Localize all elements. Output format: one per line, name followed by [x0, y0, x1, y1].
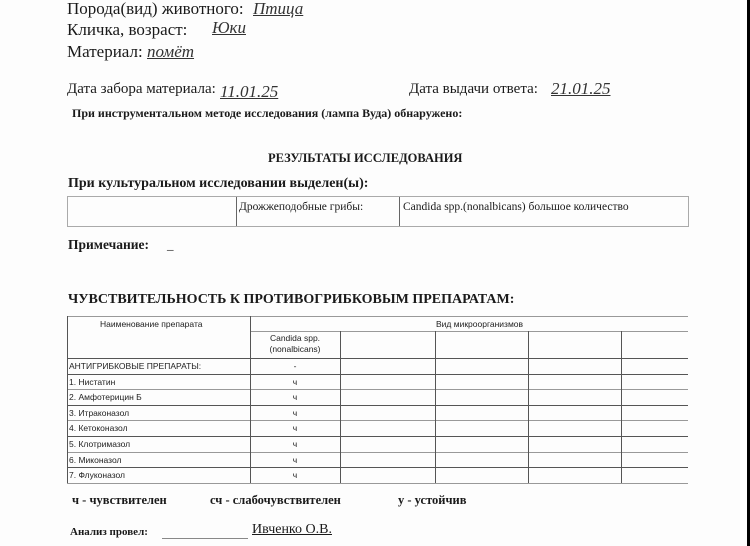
table-rule — [67, 358, 688, 359]
sensitivity-value: ч — [250, 470, 340, 480]
sensitivity-value: ч — [250, 455, 340, 465]
analyst-value: Ивченко О.В. — [252, 522, 332, 538]
culture-label: При культуральном исследовании выделен(ы… — [68, 176, 368, 192]
note-value: _ — [167, 237, 174, 253]
drug-name: 4. Кетоконазол — [69, 423, 128, 433]
sensitivity-value: ч — [250, 423, 340, 433]
material-value: помёт — [147, 42, 194, 62]
culture-cell-type: Дрожжеподобные грибы: — [239, 201, 363, 213]
col-species-header: Вид микроорганизмов — [436, 319, 523, 329]
culture-results-table: Дрожжеподобные грибы: Candida spp.(nonal… — [67, 196, 689, 227]
culture-cell-result: Candida spp.(nonalbicans) большое количе… — [403, 201, 629, 213]
result-date-label: Дата выдачи ответа: — [409, 81, 538, 98]
table-rule — [67, 316, 68, 483]
species-value: Птица — [253, 0, 303, 19]
table-rule — [67, 452, 688, 453]
sensitivity-value: ч — [250, 408, 340, 418]
legend-weakly-sensitive: сч - слабочувствителен — [210, 493, 341, 508]
drug-name: 3. Итраконазол — [69, 408, 129, 418]
table-rule — [67, 405, 688, 406]
table-rule — [67, 389, 688, 390]
table-rule — [435, 331, 436, 483]
sensitivity-title: ЧУВСТВИТЕЛЬНОСТЬ К ПРОТИВОГРИБКОВЫМ ПРЕП… — [68, 292, 514, 308]
sensitivity-value: ч — [250, 439, 340, 449]
sample-date-value: 11.01.25 — [220, 82, 278, 102]
results-title: РЕЗУЛЬТАТЫ ИССЛЕДОВАНИЯ — [268, 151, 462, 166]
signature-line — [162, 538, 248, 539]
name-value: Юки — [212, 18, 246, 38]
drug-name: 2. Амфотерицин Б — [69, 392, 142, 402]
note-label: Примечание: — [68, 237, 149, 253]
sensitivity-value: ч — [250, 392, 340, 402]
drug-name: АНТИГРИБКОВЫЕ ПРЕПАРАТЫ: — [69, 361, 201, 371]
table-rule — [621, 331, 622, 483]
sensitivity-value: ч — [250, 377, 340, 387]
table-rule — [528, 331, 529, 483]
legend-resistant: у - устойчив — [398, 493, 467, 508]
result-date-value: 21.01.25 — [551, 79, 611, 99]
table-rule — [67, 467, 688, 468]
species-label: Порода(вид) животного: — [67, 0, 244, 19]
table-rule — [340, 331, 341, 483]
sensitivity-value: - — [250, 361, 340, 371]
organism-header: Candida spp.(nonalbicans) — [250, 333, 340, 355]
material-label: Материал: — [67, 42, 143, 62]
drug-name: 7. Флуконазол — [69, 470, 125, 480]
col-drug-header: Наименование препарата — [100, 319, 202, 329]
drug-name: 6. Миконазол — [69, 455, 121, 465]
table-rule — [67, 420, 688, 421]
table-rule — [250, 331, 688, 332]
name-label: Кличка, возраст: — [67, 20, 187, 40]
sample-date-label: Дата забора материала: — [67, 81, 216, 98]
drug-name: 1. Нистатин — [69, 377, 115, 387]
legend-sensitive: ч - чувствителен — [72, 493, 167, 508]
analyst-label: Анализ провел: — [70, 526, 148, 538]
table-rule — [67, 316, 688, 317]
table-rule — [67, 374, 688, 375]
wood-lamp-text: При инструментальном методе исследования… — [72, 106, 462, 121]
table-rule — [67, 483, 688, 484]
drug-name: 5. Клотримазол — [69, 439, 130, 449]
table-rule — [67, 436, 688, 437]
